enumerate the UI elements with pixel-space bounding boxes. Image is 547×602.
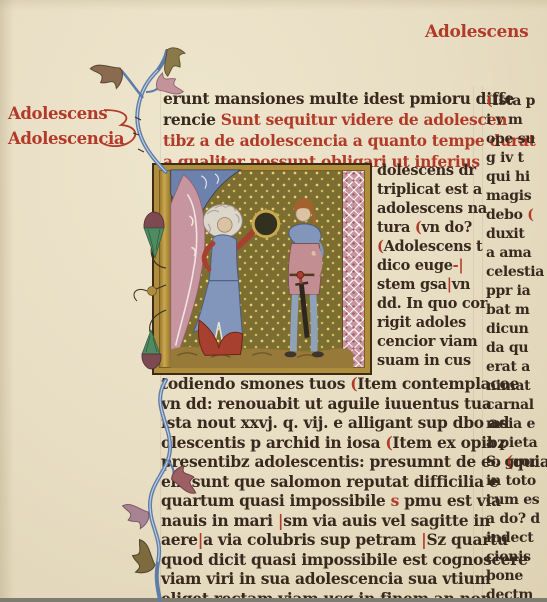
text-line: nauis in mari |sm via auis vel sagitte i…	[161, 511, 476, 531]
text-line: em sunt que salomon reputat difficilia e	[161, 472, 476, 492]
text-line: i v m	[486, 111, 547, 130]
text-line: vn dd: renouabit ut aguile iuuentus tua	[161, 394, 476, 414]
running-header: Adolescens	[425, 22, 540, 42]
text-line: ope su	[486, 130, 547, 149]
page-edge-shadow-left	[0, 0, 14, 602]
text-line: qui hi	[486, 168, 547, 187]
text-line: todiendo smones tuos (Item contemplacoe	[161, 374, 476, 394]
text-line: a pieta	[486, 434, 547, 453]
text-line: cencior viam	[377, 332, 477, 351]
text-line: g iv t	[486, 149, 547, 168]
manuscript-page: { "page": { "header_right": "Adolescens"…	[0, 0, 547, 602]
miniature-man-figure	[285, 198, 324, 357]
rubric-line-1: Adolescens	[8, 101, 138, 126]
text-line: indect	[486, 529, 547, 548]
text-line: da qu	[486, 339, 547, 358]
text-line: carnal	[486, 396, 547, 415]
text-line: ppr ia	[486, 282, 547, 301]
margin-rubric: Adolescens Adolescencia	[8, 101, 138, 151]
text-line: bat m	[486, 301, 547, 320]
main-column-beside-initial: dolescens drtriplicat est aadolescens na…	[377, 161, 477, 370]
text-line: magis	[486, 187, 547, 206]
rubric-line-2: Adolescencia	[8, 126, 138, 151]
right-column-fragments: (Ista pi v mope sug iv tqui himagisdebo …	[486, 92, 547, 602]
main-column-top: erunt mansiones multe idest pmioru diffe…	[163, 88, 475, 172]
text-line: (Ista p	[486, 92, 547, 111]
text-line: bone	[486, 567, 547, 586]
text-line: aere|a via colubris sup petram |Sz quart…	[161, 530, 476, 550]
ivy-leaf-brown	[90, 56, 127, 94]
text-line: quod dicit quasi impossibile est cognosc…	[161, 550, 476, 570]
text-line: rencie Sunt sequitur videre de adolescen	[163, 109, 475, 130]
text-line: in toto	[486, 472, 547, 491]
text-line: ista nout xxvj. q. vij. e alligant sup d…	[161, 413, 476, 433]
text-line: celestia	[486, 263, 547, 282]
ground-mound	[171, 347, 353, 368]
text-line: dicun	[486, 320, 547, 339]
text-line: viam viri in sua adolescencia sua vtium	[161, 569, 476, 589]
text-line: tura (vn do?	[377, 218, 477, 237]
text-line: cionis	[486, 548, 547, 567]
text-line: S. gror	[486, 453, 547, 472]
text-line: a do? d	[486, 510, 547, 529]
text-line: debo (	[486, 206, 547, 225]
text-line: quartum quasi impossibile s pmu est via	[161, 491, 476, 511]
text-line: olescentis p archid in iosa (Item ex opi…	[161, 433, 476, 453]
text-line: duxit	[486, 225, 547, 244]
text-line: suam in cus	[377, 351, 477, 370]
woman-face	[217, 217, 232, 232]
text-line: cum es	[486, 491, 547, 510]
text-line: nimat	[486, 377, 547, 396]
page-edge-shadow-top	[0, 0, 547, 10]
text-line: tibz a de adolescencia a quanto tempe du…	[163, 130, 475, 151]
man-hose-right	[313, 295, 314, 352]
ivy-leaf-olive-bottom	[123, 539, 163, 579]
mirror	[250, 208, 281, 239]
text-line: rigit adoles	[377, 313, 477, 332]
miniature-scene	[154, 165, 370, 373]
text-line: presentibz adolescentis: presumnt de eo …	[161, 452, 476, 472]
ivy-leaf-mauve	[122, 501, 150, 531]
text-line: (Adolescens t	[377, 237, 477, 256]
text-line: dico euge-|	[377, 256, 477, 275]
text-line: erat a	[486, 358, 547, 377]
illuminated-initial-panel	[152, 163, 372, 375]
main-column-below-initial: todiendo smones tuos (Item contemplacoev…	[161, 374, 476, 602]
text-line: adolescens na	[377, 199, 477, 218]
text-line: dolescens dr	[377, 161, 477, 180]
text-line: msia e	[486, 415, 547, 434]
text-line: erunt mansiones multe idest pmioru diffe	[163, 88, 475, 109]
text-line: a ama	[486, 244, 547, 263]
text-line: triplicat est a	[377, 180, 477, 199]
man-hose-left	[293, 295, 295, 352]
photo-bottom-edge	[0, 598, 547, 602]
text-line: dd. In quo cor	[377, 294, 477, 313]
text-line: stem gsa|vn	[377, 275, 477, 294]
ivy-leaf-olive	[157, 43, 191, 76]
